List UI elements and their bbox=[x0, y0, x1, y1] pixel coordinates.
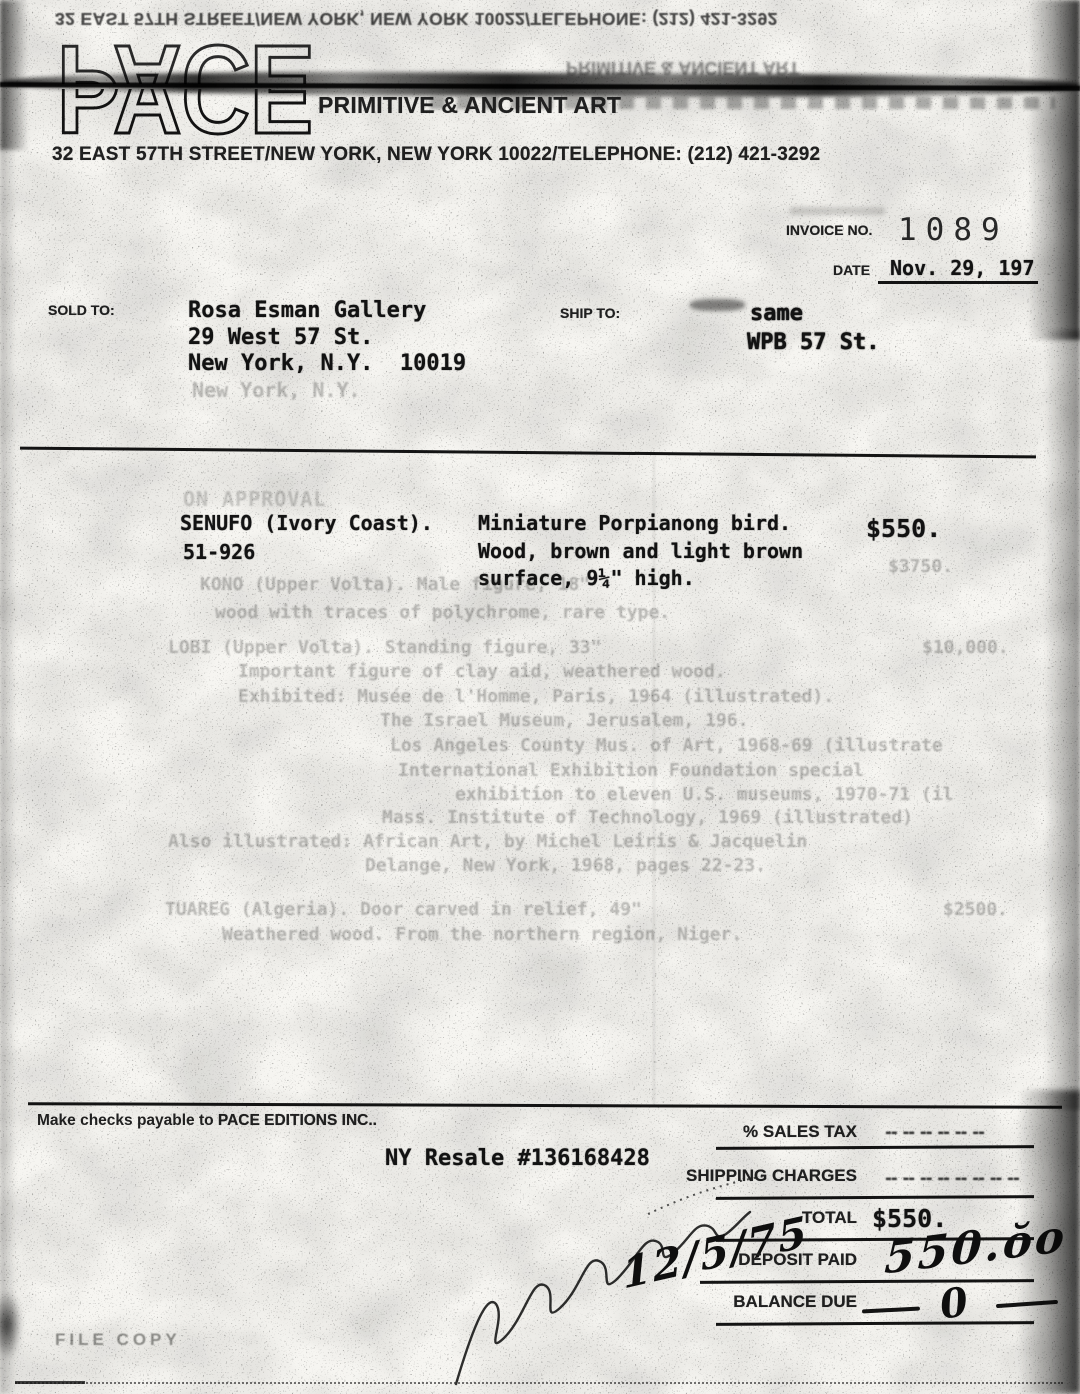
ghost-line: Also illustrated: African Art, by Michel… bbox=[168, 831, 807, 852]
shipping-value-dashes: ▬▬ ▬▬ ▬▬ ▬▬ ▬▬ ▬▬ ▬▬ ▬▬ bbox=[886, 1174, 1020, 1183]
invoice-no-ghost-smudge bbox=[790, 207, 885, 215]
ghost-approval: ON APPROVAL bbox=[183, 487, 326, 511]
edge-left bbox=[0, 150, 16, 1394]
address-line: 32 EAST 57TH STREET/NEW YORK, NEW YORK 1… bbox=[52, 144, 820, 166]
ship-to-label: SHIP TO: bbox=[560, 305, 620, 321]
deposit-label: DEPOSIT PAID bbox=[635, 1250, 857, 1270]
ghost-price-a: $3750. bbox=[888, 556, 953, 577]
scanned-invoice-page: 32 EAST 57TH STREET/NEW YORK, NEW YORK 1… bbox=[0, 0, 1080, 1394]
tagline: PRIMITIVE & ANCIENT ART bbox=[318, 92, 621, 119]
sold-to-line2: 29 West 57 St. bbox=[188, 325, 373, 350]
mirrored-tagline-ghost: PRIMITIVE & ANCIENT ART bbox=[566, 57, 800, 78]
balance-label: BALANCE DUE bbox=[635, 1292, 857, 1312]
date-underline bbox=[878, 281, 1038, 284]
sales-tax-value-dashes: ▬▬ ▬▬ ▬▬ ▬▬ ▬▬ ▬▬ bbox=[886, 1128, 985, 1137]
bottom-section-rule bbox=[28, 1102, 1062, 1109]
ghost-line: LOBI (Upper Volta). Standing figure, 33" bbox=[168, 637, 601, 658]
sales-tax-label: % SALES TAX bbox=[635, 1122, 857, 1142]
deposit-line bbox=[700, 1279, 1034, 1283]
balance-line bbox=[716, 1321, 1034, 1325]
blot-bottom-left bbox=[0, 1290, 22, 1360]
sold-to-line3: New York, N.Y. 10019 bbox=[188, 351, 466, 376]
ghost-line: The Israel Museum, Jerusalem, 196. bbox=[380, 710, 748, 731]
ghost-line: International Exhibition Foundation spec… bbox=[398, 760, 864, 781]
make-checks-prefix: Make checks payable to bbox=[37, 1112, 218, 1129]
invoice-no-value: 1089 bbox=[898, 212, 1009, 248]
edge-right-mid bbox=[1044, 330, 1080, 1110]
top-section-rule bbox=[20, 447, 1036, 459]
ship-to-line1: same bbox=[750, 301, 803, 326]
signature-scribble bbox=[420, 1152, 810, 1394]
edge-right-top bbox=[1028, 0, 1080, 340]
ship-to-line2: WPB 57 St. bbox=[747, 330, 879, 355]
bottom-line-solid-start bbox=[15, 1381, 85, 1384]
pace-logo-text-ghost: PACE bbox=[57, 40, 313, 84]
flipped-header-text: 32 EAST 57TH STREET/NEW YORK, NEW YORK 1… bbox=[55, 8, 778, 29]
ghost-line: Weathered wood. From the northern region… bbox=[222, 924, 742, 945]
balance-dash-right bbox=[996, 1300, 1058, 1308]
pace-logo-mirrored-half: PACE bbox=[55, 40, 317, 84]
ghost-line: wood with traces of polychrome, rare typ… bbox=[215, 602, 670, 623]
payee-name: PACE EDITIONS INC.. bbox=[218, 1112, 377, 1129]
corner-top-left bbox=[0, 0, 28, 150]
date-label: DATE bbox=[833, 262, 870, 278]
ghost-price-c: $2500. bbox=[943, 899, 1008, 920]
invoice-no-label: INVOICE NO. bbox=[786, 222, 872, 238]
pace-logo-text: PACE bbox=[57, 89, 313, 139]
ghost-line: exhibition to eleven U.S. museums, 1970-… bbox=[455, 784, 954, 805]
ghost-price-b: $10,000. bbox=[922, 637, 1009, 658]
ghost-line: Los Angeles County Mus. of Art, 1968-69 … bbox=[390, 735, 943, 756]
sold-to-ghost-line: New York, N.Y. bbox=[192, 378, 361, 402]
pace-logo: PACE bbox=[55, 89, 317, 139]
sales-tax-line bbox=[716, 1145, 1034, 1149]
item-stock-no: 51-926 bbox=[183, 540, 255, 564]
sold-to-line1: Rosa Esman Gallery bbox=[188, 298, 426, 323]
ghost-line: Important figure of clay aid, weathered … bbox=[238, 661, 726, 682]
shipping-label: SHIPPING CHARGES bbox=[635, 1166, 857, 1186]
item-desc-line2: Wood, brown and light brown bbox=[478, 539, 803, 563]
ghost-line: TUAREG (Algeria). Door carved in relief,… bbox=[165, 899, 642, 920]
balance-dash-left bbox=[862, 1306, 920, 1313]
item-desc-line1: Miniature Porpianong bird. bbox=[478, 511, 791, 535]
shipping-line bbox=[716, 1195, 1034, 1199]
ship-to-smudge bbox=[690, 299, 745, 311]
ghost-line: Exhibited: Musée de l'Homme, Paris, 1964… bbox=[238, 686, 834, 707]
sold-to-label: SOLD TO: bbox=[48, 302, 115, 318]
date-value: Nov. 29, 197 bbox=[890, 256, 1035, 280]
ghost-line: KONO (Upper Volta). Male figure, 18" bbox=[200, 574, 590, 595]
item-tribe: SENUFO (Ivory Coast). bbox=[180, 511, 433, 535]
item-price: $550. bbox=[866, 514, 941, 543]
ghost-line: Delange, New York, 1968, pages 22-23. bbox=[365, 855, 766, 876]
ghost-line: Mass. Institute of Technology, 1969 (ill… bbox=[382, 807, 913, 828]
file-copy-stamp: FILE COPY bbox=[55, 1330, 181, 1350]
make-checks-note: Make checks payable to PACE EDITIONS INC… bbox=[37, 1112, 377, 1130]
